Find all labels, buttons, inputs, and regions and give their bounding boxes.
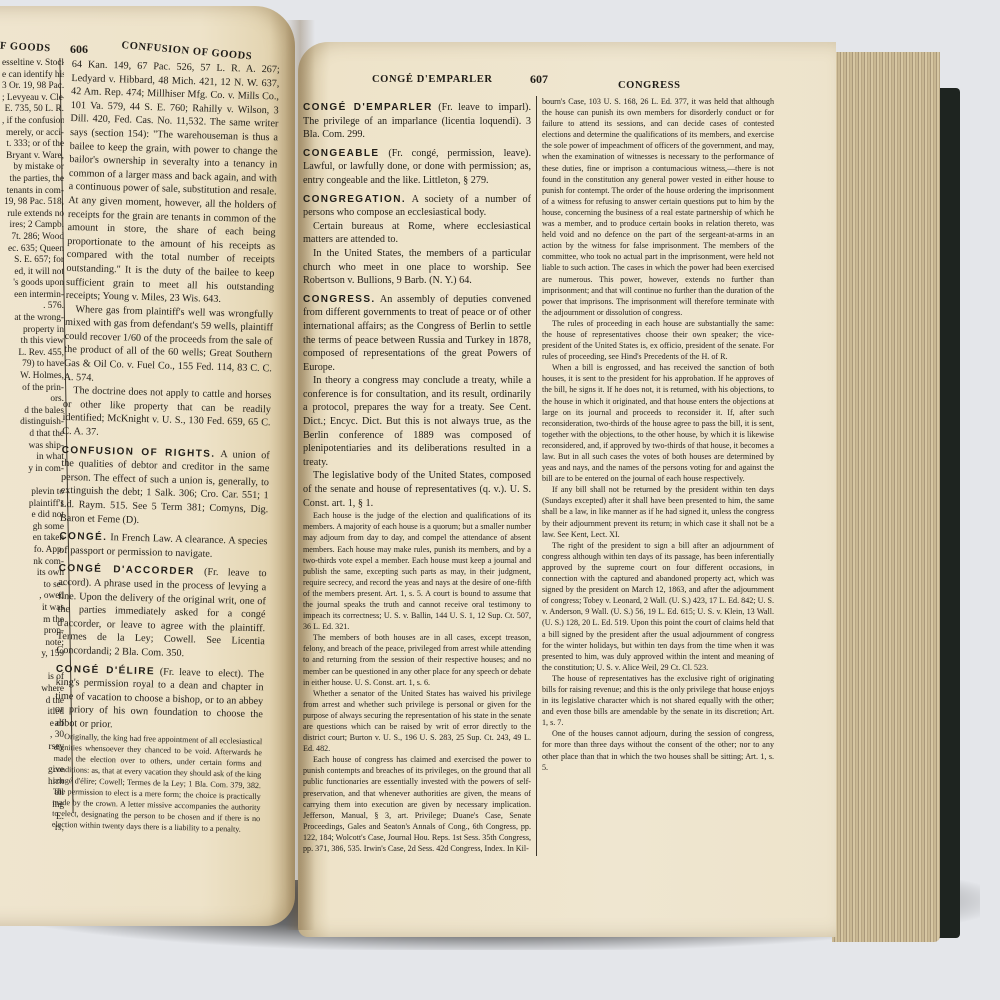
right-page-number: 607 [530, 72, 548, 87]
fragment-line: nk com- [2, 557, 64, 569]
body-paragraph: Whether a senator of the United States h… [303, 688, 531, 755]
fragment-line: en taken [2, 533, 64, 545]
dictionary-entry: CONGÉ D'ÉLIRE (Fr. leave to elect). The … [54, 662, 264, 735]
fragment-line: ires; 2 Campb. [2, 220, 64, 232]
fragment-line [2, 475, 64, 487]
entry-text: The house of representatives has the exc… [542, 674, 774, 727]
entry-text: Each house is the judge of the election … [303, 511, 531, 631]
fragment-line: e did not [2, 510, 64, 522]
body-paragraph: The house of representatives has the exc… [542, 673, 774, 728]
body-paragraph: Each house is the judge of the election … [303, 510, 531, 632]
fragment-line: 7t. 286; Wood [2, 232, 64, 244]
entry-headword: CONGÉ D'ÉLIRE [56, 663, 155, 677]
fragment-line: prop- [2, 626, 64, 638]
fragment-line: d that the [2, 429, 64, 441]
fragment-line: . 576. [2, 301, 64, 313]
entry-text: The doctrine does not apply to cattle an… [62, 385, 271, 437]
entry-text: Originally, the king had free appointmen… [52, 732, 262, 834]
entry-text: The right of the president to sign a bil… [542, 541, 774, 672]
entry-headword: CONGRESS. [303, 294, 376, 305]
dictionary-entry: CONGRESS. An assembly of deputies conven… [303, 293, 531, 375]
fragment-line: was ship- [2, 441, 64, 453]
entry-text: Whether a senator of the United States h… [303, 689, 531, 753]
body-paragraph: Certain bureaus at Rome, where ecclesias… [303, 220, 531, 247]
fragment-line: by mistake or [2, 162, 64, 174]
entry-text: Each house of congress has claimed and e… [303, 755, 531, 853]
fragment-line: tenants in com- [2, 186, 64, 198]
entry-text: bourn's Case, 103 U. S. 168, 26 L. Ed. 3… [542, 97, 774, 317]
fragment-line: gh some [2, 522, 64, 534]
fragment-line: W. Holmes, [2, 371, 64, 383]
body-paragraph: In the United States, the members of a p… [303, 247, 531, 288]
fragment-line: ed, it will not [2, 267, 64, 279]
entry-headword: CONGREGATION. [303, 194, 406, 205]
fragment-line: y in com- [2, 464, 64, 476]
fragment-line: , owed [2, 591, 64, 603]
fragment-line: d the bales [2, 406, 64, 418]
body-paragraph: When a bill is engrossed, and has receiv… [542, 362, 774, 484]
page-edges [832, 52, 940, 942]
dictionary-entry: CONGREGATION. A society of a number of p… [303, 193, 531, 220]
body-paragraph: The legislative body of the United State… [303, 469, 531, 510]
fragment-line: L. Rev. 455, [2, 348, 64, 360]
fragment-line: its own [2, 568, 64, 580]
right-running-head-left: CONGÉ D'EMPARLER [372, 74, 493, 85]
dictionary-entry: CONFUSION OF RIGHTS. A union of the qual… [60, 443, 270, 530]
fragment-line: at the wrong- [2, 313, 64, 325]
entry-text: (Fr. leave to elect). The king's permiss… [54, 666, 264, 730]
continuation-paragraph: 64 Kan. 149, 67 Pac. 526, 57 L. R. A. 26… [66, 58, 280, 308]
dictionary-entry: CONGÉ. In French Law. A clearance. A spe… [59, 530, 268, 563]
entry-headword: CONGÉ D'ACCORDER [58, 563, 194, 578]
right-column-2: bourn's Case, 103 U. S. 168, 26 L. Ed. 3… [542, 96, 774, 773]
fragment-line: fo. App. [2, 545, 64, 557]
entry-text: One of the houses cannot adjourn, during… [542, 729, 774, 771]
fragment-line: y, 159 [2, 649, 64, 661]
fragment-line: 79) to have [2, 359, 64, 371]
fragment-line: plaintiff's [2, 499, 64, 511]
fragment-line: it was [2, 603, 64, 615]
body-paragraph: The doctrine does not apply to cattle an… [62, 384, 271, 444]
fragment-line: property in [2, 325, 64, 337]
dictionary-entry: CONGEABLE (Fr. congé, permission, leave)… [303, 147, 531, 188]
body-paragraph: One of the houses cannot adjourn, during… [542, 728, 774, 772]
entry-text: Certain bureaus at Rome, where ecclesias… [303, 221, 531, 246]
dictionary-entry: CONGÉ D'EMPARLER (Fr. leave to imparl). … [303, 101, 531, 142]
continuation-paragraph: bourn's Case, 103 U. S. 168, 26 L. Ed. 3… [542, 96, 774, 318]
body-paragraph: The members of both houses are in all ca… [303, 632, 531, 687]
fragment-line: note; [2, 638, 64, 650]
entry-text: The members of both houses are in all ca… [303, 633, 531, 686]
body-paragraph: Each house of congress has claimed and e… [303, 754, 531, 854]
entry-text: The legislative body of the United State… [303, 470, 531, 508]
fragment-line: 3 Or. 19, 98 Pac. [2, 81, 64, 93]
right-column-rule [536, 96, 537, 856]
body-paragraph: The right of the president to sign a bil… [542, 540, 774, 673]
entry-text: (Fr. leave to accord). A phrase used in … [56, 567, 266, 659]
body-paragraph: Originally, the king had free appointmen… [52, 730, 263, 835]
entry-text: In the United States, the members of a p… [303, 248, 531, 286]
left-main-column: 64 Kan. 149, 67 Pac. 526, 57 L. R. A. 26… [52, 58, 280, 836]
fragment-line: plevin to [2, 487, 64, 499]
fragment-line: m the [2, 615, 64, 627]
entry-headword: CONGÉ. [59, 531, 107, 543]
fragment-line: E. 735, 50 L. R. [2, 104, 64, 116]
fragment-line: 19, 98 Pac. 518, [2, 197, 64, 209]
left-page-number: 606 [70, 42, 88, 57]
dictionary-entry: CONGÉ D'ACCORDER (Fr. leave to accord). … [56, 562, 266, 663]
body-paragraph: The rules of proceeding in each house ar… [542, 318, 774, 362]
fragment-line: in what [2, 452, 64, 464]
fragment-line: the parties, the [2, 174, 64, 186]
fragment-line: een intermin- [2, 290, 64, 302]
body-paragraph: If any bill shall not be returned by the… [542, 484, 774, 539]
entry-headword: CONFUSION OF RIGHTS. [62, 444, 216, 459]
fragment-line: to se- [2, 580, 64, 592]
fragment-line: t. 333; or of the [2, 139, 64, 151]
fragment-line: e can identify his [2, 70, 64, 82]
entry-text: Where gas from plaintiff's well was wron… [64, 304, 274, 383]
entry-headword: CONGÉ D'EMPARLER [303, 102, 433, 113]
entry-headword: CONGEABLE [303, 148, 380, 159]
body-paragraph: In theory a congress may conclude a trea… [303, 374, 531, 469]
fragment-line: of the prin- [2, 383, 64, 395]
fragment-line: Bryant v. Ware, [2, 151, 64, 163]
fragment-line: ec. 635; Queen [2, 244, 64, 256]
entry-text: An assembly of deputies convened from di… [303, 294, 531, 373]
entry-text: In theory a congress may conclude a trea… [303, 375, 531, 468]
body-paragraph: Where gas from plaintiff's well was wron… [63, 303, 273, 390]
entry-text: A union of the qualities of debtor and c… [60, 449, 270, 526]
right-column-1: CONGÉ D'EMPARLER (Fr. leave to imparl). … [303, 96, 531, 854]
entry-text: The rules of proceeding in each house ar… [542, 319, 774, 361]
fragment-line: , if the confusion [2, 116, 64, 128]
entry-text: 64 Kan. 149, 67 Pac. 526, 57 L. R. A. 26… [66, 59, 280, 305]
fragment-line: ors. [2, 394, 64, 406]
fragment-line: rule extends no [2, 209, 64, 221]
entry-text: When a bill is engrossed, and has receiv… [542, 363, 774, 483]
fragment-line: distinguish- [2, 417, 64, 429]
fragment-line: merely, or acci- [2, 128, 64, 140]
fragment-line [2, 661, 64, 673]
entry-text: If any bill shall not be returned by the… [542, 485, 774, 538]
fragment-line: esseltine v. Stock- [2, 58, 64, 70]
fragment-line: th this view [2, 336, 64, 348]
fragment-line: ; Levyeau v. Cle- [2, 93, 64, 105]
right-running-head-right: CONGRESS [618, 80, 681, 91]
fragment-line: S. E. 657; for [2, 255, 64, 267]
fragment-line: 's goods upon [2, 278, 64, 290]
